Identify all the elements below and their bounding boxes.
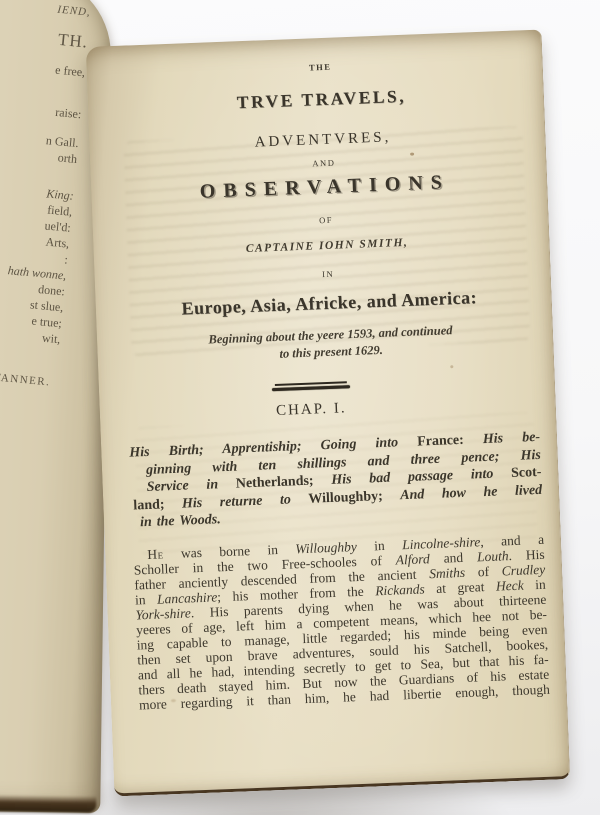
divider-rule: [271, 381, 349, 391]
title-observations: OBSERVATIONS: [119, 168, 531, 207]
poem-fragment: e free,: [0, 51, 86, 81]
title-word-of: OF: [121, 207, 532, 233]
poem-fragment: raise:: [0, 93, 82, 123]
book-photo: IEND,TH.e free,raise:n Gall.orthKing:fie…: [0, 0, 600, 815]
body-paragraph: He was borne in Willoughby in Lincolne-s…: [133, 531, 550, 712]
poem-fragments: IEND,TH.e free,raise:n Gall.orthKing:fie…: [0, 0, 91, 389]
dateline: Beginning about the yeere 1593, and cont…: [125, 319, 537, 369]
chapter-heading: CHAP. I.: [106, 394, 517, 427]
book-title: TRVE TRAVELS,: [116, 81, 528, 118]
title-word-in: IN: [123, 261, 534, 287]
poem-fragment: IEND,: [0, 0, 91, 21]
title-word-the: THE: [115, 54, 526, 80]
title-page: THE TRVE TRAVELS, ADVENTVRES, AND OBSERV…: [86, 30, 570, 797]
page-content: THE TRVE TRAVELS, ADVENTVRES, AND OBSERV…: [86, 30, 569, 794]
chapter-summary: His Birth; Apprentiship; Going into Fran…: [129, 429, 543, 532]
author-name: CAPTAINE IOHN SMITH,: [122, 232, 533, 260]
title-places: Europe, Asia, Africke, and America:: [124, 285, 536, 322]
poem-signature: SALO. TANNER.: [0, 362, 51, 388]
poem-fragment-list: IEND,TH.e free,raise:n Gall.orthKing:fie…: [0, 0, 91, 347]
poem-fragment: TH.: [0, 20, 89, 50]
